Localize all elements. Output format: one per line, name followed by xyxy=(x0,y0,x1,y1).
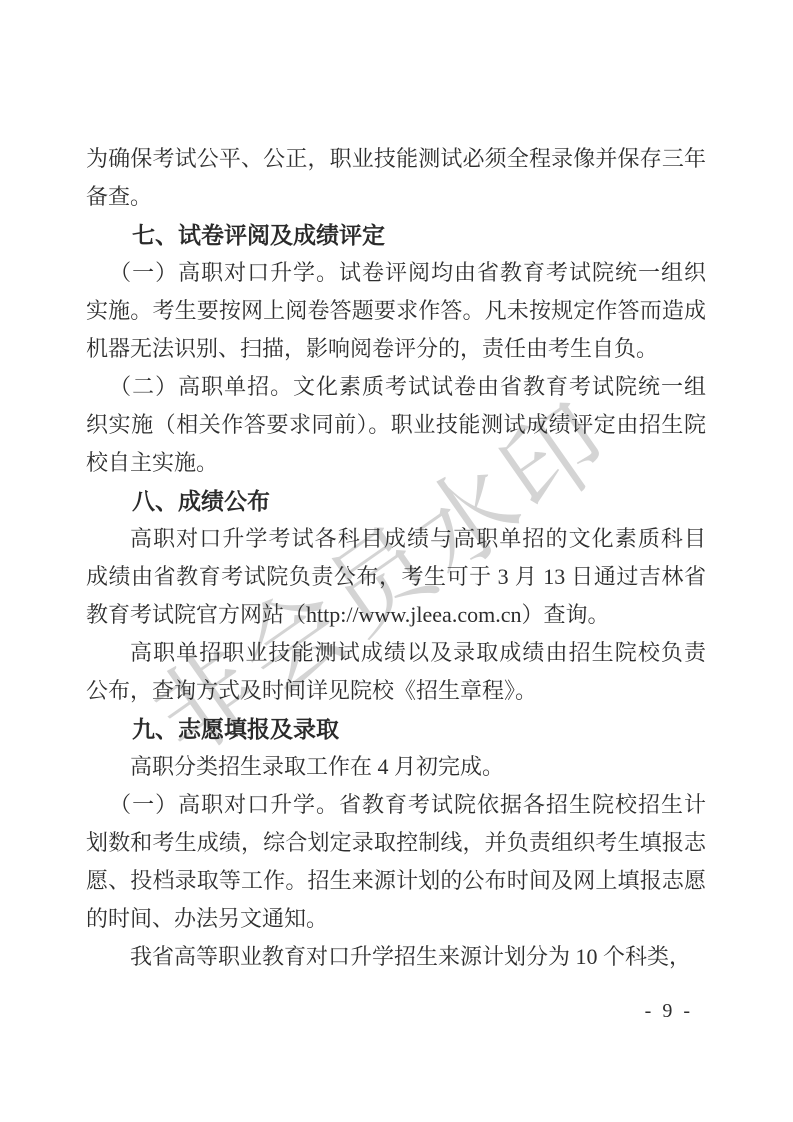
text-line: 愿、投档录取等工作。招生来源计划的公布时间及网上填报志愿 xyxy=(86,862,706,900)
text-line: 的时间、办法另文通知。 xyxy=(86,900,706,938)
section-heading-7: 七、试卷评阅及成绩评定 xyxy=(86,216,706,254)
text-line-with-url: 教育考试院官方网站（http://www.jleea.com.cn）查询。 xyxy=(86,596,706,634)
section-heading-9: 九、志愿填报及录取 xyxy=(86,710,706,748)
text-line: （二）高职单招。文化素质考试试卷由省教育考试院统一组 xyxy=(86,368,706,406)
document-page: 非会员水印 为确保考试公平、公正，职业技能测试必须全程录像并保存三年 备查。 七… xyxy=(0,0,793,1122)
text-line: 我省高等职业教育对口升学招生来源计划分为 10 个科类， xyxy=(86,938,706,976)
text-line: 成绩由省教育考试院负责公布，考生可于 3 月 13 日通过吉林省 xyxy=(86,558,706,596)
page-number: - 9 - xyxy=(645,1000,693,1023)
text-line: 为确保考试公平、公正，职业技能测试必须全程录像并保存三年 xyxy=(86,140,706,178)
text-line: 高职分类招生录取工作在 4 月初完成。 xyxy=(86,748,706,786)
text-line: 备查。 xyxy=(86,178,706,216)
text-line: 高职单招职业技能测试成绩以及录取成绩由招生院校负责 xyxy=(86,634,706,672)
text-line: 织实施（相关作答要求同前）。职业技能测试成绩评定由招生院 xyxy=(86,406,706,444)
text-line: 实施。考生要按网上阅卷答题要求作答。凡未按规定作答而造成 xyxy=(86,292,706,330)
text-line: 划数和考生成绩，综合划定录取控制线，并负责组织考生填报志 xyxy=(86,824,706,862)
text-line: 机器无法识别、扫描，影响阅卷评分的，责任由考生自负。 xyxy=(86,330,706,368)
text-line: 公布，查询方式及时间详见院校《招生章程》。 xyxy=(86,672,706,710)
document-content: 为确保考试公平、公正，职业技能测试必须全程录像并保存三年 备查。 七、试卷评阅及… xyxy=(86,140,706,976)
section-heading-8: 八、成绩公布 xyxy=(86,482,706,520)
text-line: （一）高职对口升学。试卷评阅均由省教育考试院统一组织 xyxy=(86,254,706,292)
text-line: 校自主实施。 xyxy=(86,444,706,482)
text-line: 高职对口升学考试各科目成绩与高职单招的文化素质科目 xyxy=(86,520,706,558)
text-line: （一）高职对口升学。省教育考试院依据各招生院校招生计 xyxy=(86,786,706,824)
